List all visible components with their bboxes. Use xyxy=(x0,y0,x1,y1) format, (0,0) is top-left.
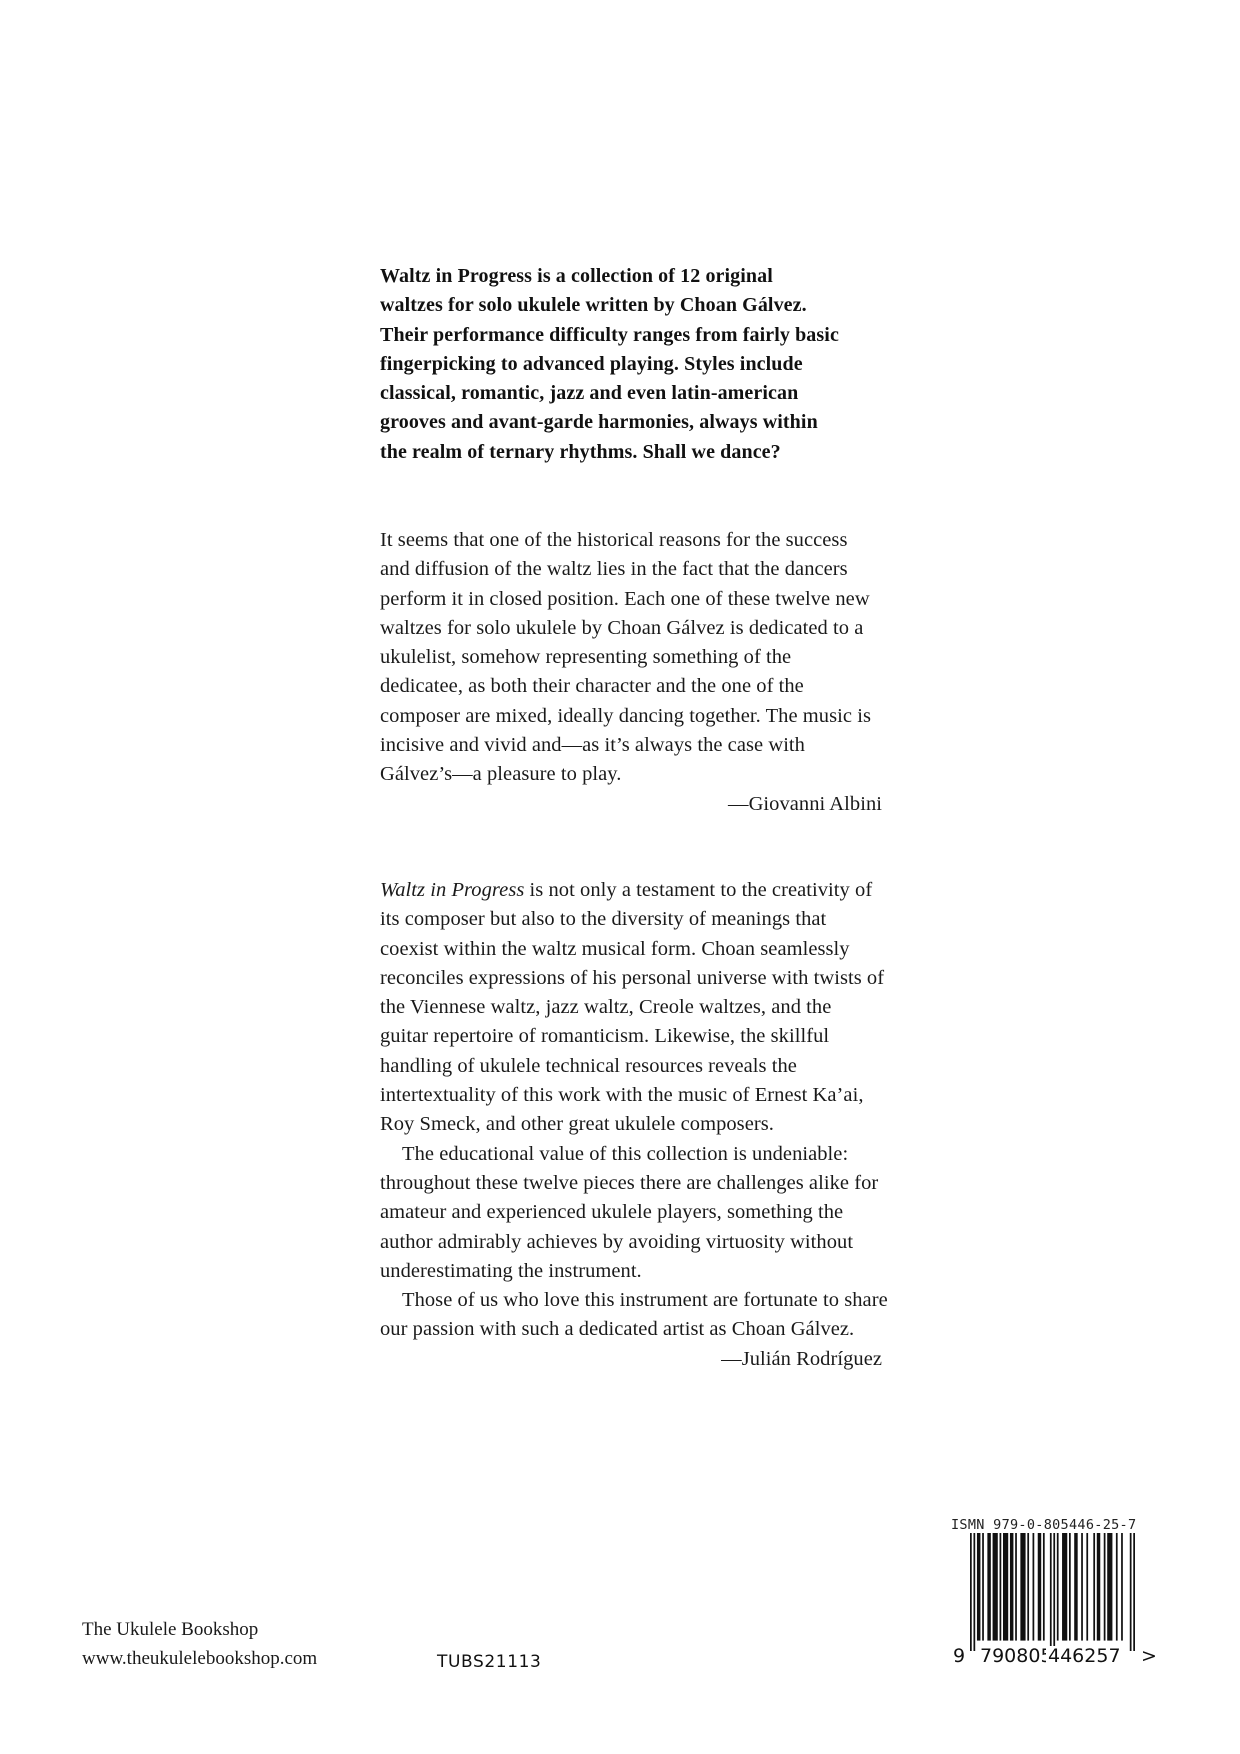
description-line: classical, romantic, jazz and even latin… xyxy=(380,379,890,408)
barcode-digits-left: 790805 xyxy=(978,1646,1055,1666)
quote-line: Those of us who love this instrument are… xyxy=(380,1286,890,1315)
quote-attribution: —Julián Rodríguez xyxy=(380,1345,890,1374)
quote-line: amateur and experienced ukulele players,… xyxy=(380,1198,890,1227)
quote-text: is not only a testament to the creativit… xyxy=(524,879,872,901)
publisher-name: The Ukulele Bookshop xyxy=(82,1615,317,1644)
quote-line: handling of ukulele technical resources … xyxy=(380,1052,890,1081)
quote-line: It seems that one of the historical reas… xyxy=(380,526,890,555)
quote-line: underestimating the instrument. xyxy=(380,1257,890,1286)
quote-line: Gálvez’s—a pleasure to play. xyxy=(380,760,890,789)
quote-line: coexist within the waltz musical form. C… xyxy=(380,935,890,964)
quote-line: and diffusion of the waltz lies in the f… xyxy=(380,555,890,584)
quote-attribution: —Giovanni Albini xyxy=(380,790,890,819)
barcode-bars-icon xyxy=(970,1533,1135,1651)
catalog-number: TUBS21113 xyxy=(437,1652,541,1672)
quote-line: author admirably achieves by avoiding vi… xyxy=(380,1228,890,1257)
description-line: waltzes for solo ukulele written by Choa… xyxy=(380,291,890,320)
quote-line: the Viennese waltz, jazz waltz, Creole w… xyxy=(380,993,890,1022)
description-line: fingerpicking to advanced playing. Style… xyxy=(380,350,890,379)
barcode-digit-first: 9 xyxy=(953,1646,965,1666)
quote-line: waltzes for solo ukulele by Choan Gálvez… xyxy=(380,614,890,643)
publisher-info: The Ukulele Bookshop www.theukulelebooks… xyxy=(82,1615,317,1673)
quote-line: incisive and vivid and—as it’s always th… xyxy=(380,731,890,760)
barcode-digits-right: 446257 xyxy=(1046,1646,1123,1666)
quote-line: guitar repertoire of romanticism. Likewi… xyxy=(380,1022,890,1051)
book-title-italic: Waltz in Progress xyxy=(380,879,524,901)
description-line: Their performance difficulty ranges from… xyxy=(380,321,890,350)
description-line: grooves and avant-garde harmonies, alway… xyxy=(380,408,890,437)
quote-line: intertextuality of this work with the mu… xyxy=(380,1081,890,1110)
ismn-barcode: ISMN 979-0-805446-25-7 xyxy=(945,1512,1160,1672)
quote-line: composer are mixed, ideally dancing toge… xyxy=(380,702,890,731)
book-description: Waltz in Progress is a collection of 12 … xyxy=(380,262,890,467)
quote-line: our passion with such a dedicated artist… xyxy=(380,1315,890,1344)
description-line: Waltz in Progress is a collection of 12 … xyxy=(380,262,890,291)
quote-line: ukulelist, somehow representing somethin… xyxy=(380,643,890,672)
quote-line: Roy Smeck, and other great ukulele compo… xyxy=(380,1110,890,1139)
barcode-quiet-zone-marker: > xyxy=(1141,1646,1157,1666)
quote-line: dedicatee, as both their character and t… xyxy=(380,672,890,701)
ismn-label: ISMN 979-0-805446-25-7 xyxy=(951,1517,1136,1533)
review-quote-rodriguez: Waltz in Progress is not only a testamen… xyxy=(380,876,890,1374)
description-line: the realm of ternary rhythms. Shall we d… xyxy=(380,438,890,467)
review-quote-albini: It seems that one of the historical reas… xyxy=(380,526,890,819)
quote-line: Waltz in Progress is not only a testamen… xyxy=(380,876,890,905)
book-back-cover: Waltz in Progress is a collection of 12 … xyxy=(0,0,1240,1754)
quote-line: reconciles expressions of his personal u… xyxy=(380,964,890,993)
publisher-website: www.theukulelebookshop.com xyxy=(82,1644,317,1673)
quote-line: perform it in closed position. Each one … xyxy=(380,585,890,614)
quote-line: throughout these twelve pieces there are… xyxy=(380,1169,890,1198)
quote-line: The educational value of this collection… xyxy=(380,1140,890,1169)
quote-line: its composer but also to the diversity o… xyxy=(380,905,890,934)
